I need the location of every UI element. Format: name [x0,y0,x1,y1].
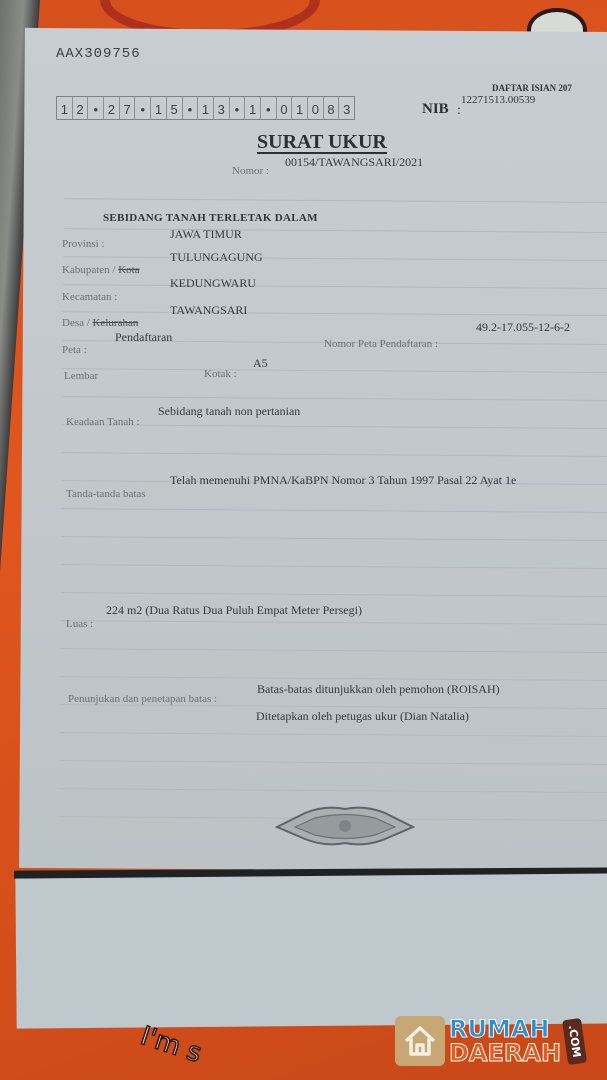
number-box: 1 [245,97,261,119]
watermark-line-1: RUMAH [449,1017,561,1041]
watermark-logo: RUMAH DAERAH .COM [395,1016,584,1066]
tanda-batas-value: Telah memenuhi PMNA/KaBPN Nomor 3 Tahun … [170,473,516,488]
number-box-grid: 12•27•15•13•1•01083 [56,96,355,120]
penunjukan-value-1: Batas-batas ditunjukkan oleh pemohon (RO… [257,682,500,697]
number-box: 2 [73,97,89,119]
kecamatan-label: Kecamatan : [62,291,117,303]
number-box: 1 [198,97,214,119]
number-box: 3 [339,97,354,119]
background-doodle-text: I'm s [137,1021,205,1069]
number-box: 0 [308,97,324,119]
document-title: SURAT UKUR [257,132,387,154]
kabupaten-value: TULUNGAGUNG [170,250,263,265]
penunjukan-value-2: Ditetapkan oleh petugas ukur (Dian Natal… [256,709,469,724]
nomor-peta-value: 49.2-17.055-12-6-2 [476,320,570,335]
serial-number: AAX309756 [56,46,141,62]
provinsi-label: Provinsi : [62,238,104,250]
nomor-label: Nomor : [232,165,269,177]
peta-label: Peta : [62,344,87,356]
penunjukan-label: Penunjukan dan penetapan batas : [68,693,217,705]
number-box: 7 [120,97,136,119]
lower-page [15,873,607,1028]
keadaan-tanah-value: Sebidang tanah non pertanian [158,404,300,419]
form-code: DAFTAR ISIAN 207 [492,83,572,93]
number-box: • [230,97,246,119]
number-box: 8 [324,97,340,119]
peta-value: Pendaftaran [115,330,172,345]
number-box: 0 [277,97,293,119]
section-heading: SEBIDANG TANAH TERLETAK DALAM [103,212,318,224]
keadaan-tanah-label: Keadaan Tanah : [66,416,140,428]
number-box: • [135,97,151,119]
desa-label: Desa / Kelurahan [62,317,138,329]
lembar-label: Lembar [64,370,98,382]
kotak-label: Kotak : [204,368,237,380]
number-box: 5 [167,97,183,119]
provinsi-value: JAWA TIMUR [170,227,242,242]
kecamatan-value: KEDUNGWARU [170,276,256,291]
number-box: 1 [57,97,73,119]
number-box: • [88,97,104,119]
watermark-line-2: DAERAH [449,1041,561,1065]
kabupaten-label: Kabupaten / Kota [62,264,140,276]
nib-value: 12271513.00539 [461,94,535,106]
watermark-suffix: .COM [562,1018,587,1065]
nomor-peta-label: Nomor Peta Pendaftaran : [324,338,438,350]
nomor-value: 00154/TAWANGSARI/2021 [285,155,423,170]
number-box: 1 [292,97,308,119]
desa-value: TAWANGSARI [170,303,247,318]
nib-label: NIB [422,101,449,118]
number-box: 3 [214,97,230,119]
number-box: 1 [151,97,167,119]
number-box: 2 [104,97,120,119]
number-box: • [183,97,199,119]
kotak-value: A5 [253,356,268,371]
house-icon [395,1016,445,1066]
number-box: • [261,97,277,119]
ornament-seal-icon [275,805,415,847]
luas-value: 224 m2 (Dua Ratus Dua Puluh Empat Meter … [106,603,362,618]
tanda-batas-label: Tanda-tanda batas [66,488,146,500]
luas-label: Luas : [66,618,93,630]
